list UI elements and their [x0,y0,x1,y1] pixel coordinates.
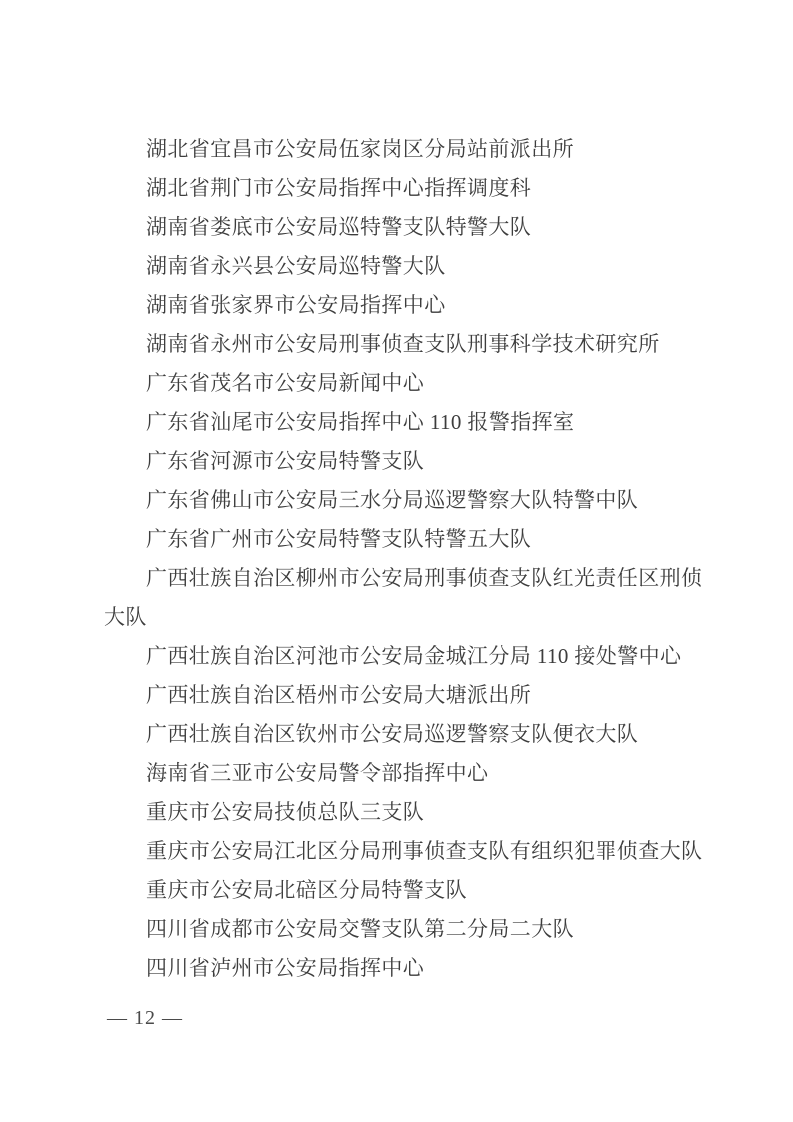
list-entry: 湖南省永州市公安局刑事侦查支队刑事科学技术研究所 [104,325,712,364]
list-entry: 重庆市公安局江北区分局刑事侦查支队有组织犯罪侦查大队 [104,832,712,871]
list-entry: 重庆市公安局技侦总队三支队 [104,793,712,832]
list-entry: 广西壮族自治区河池市公安局金城江分局 110 接处警中心 [104,637,712,676]
list-entry: 四川省成都市公安局交警支队第二分局二大队 [104,910,712,949]
list-entry: 广西壮族自治区钦州市公安局巡逻警察支队便衣大队 [104,715,712,754]
list-entry: 广西壮族自治区柳州市公安局刑事侦查支队红光责任区刑侦大队 [104,559,712,637]
list-entry: 广西壮族自治区梧州市公安局大塘派出所 [104,676,712,715]
list-entry: 四川省泸州市公安局指挥中心 [104,949,712,988]
page-number: — 12 — [107,1005,183,1031]
document-page: 湖北省宜昌市公安局伍家岗区分局站前派出所湖北省荆门市公安局指挥中心指挥调度科湖南… [0,0,793,1122]
list-entry: 重庆市公安局北碚区分局特警支队 [104,871,712,910]
list-entry: 海南省三亚市公安局警令部指挥中心 [104,754,712,793]
list-entry: 湖南省永兴县公安局巡特警大队 [104,247,712,286]
list-entry: 广东省河源市公安局特警支队 [104,442,712,481]
list-entry: 广东省汕尾市公安局指挥中心 110 报警指挥室 [104,403,712,442]
list-entry: 湖北省宜昌市公安局伍家岗区分局站前派出所 [104,130,712,169]
list-entry: 湖北省荆门市公安局指挥中心指挥调度科 [104,169,712,208]
entry-list: 湖北省宜昌市公安局伍家岗区分局站前派出所湖北省荆门市公安局指挥中心指挥调度科湖南… [104,130,712,988]
list-entry: 广东省茂名市公安局新闻中心 [104,364,712,403]
list-entry: 广东省佛山市公安局三水分局巡逻警察大队特警中队 [104,481,712,520]
list-entry: 湖南省张家界市公安局指挥中心 [104,286,712,325]
list-entry: 广东省广州市公安局特警支队特警五大队 [104,520,712,559]
list-entry: 湖南省娄底市公安局巡特警支队特警大队 [104,208,712,247]
